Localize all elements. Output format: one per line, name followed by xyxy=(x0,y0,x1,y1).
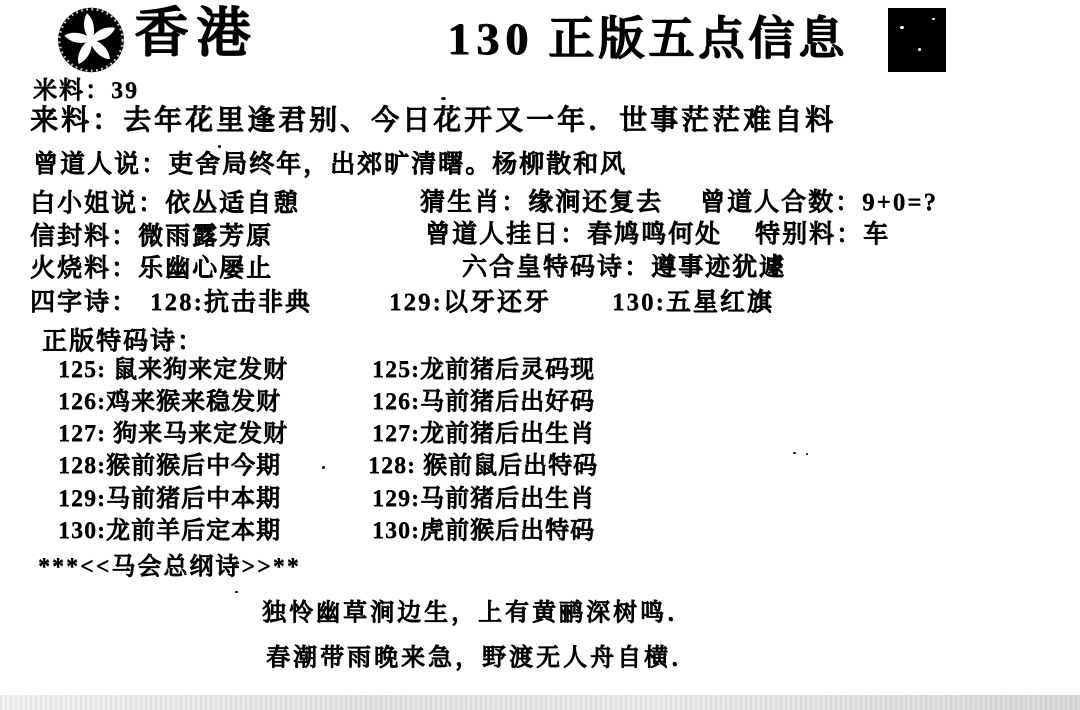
hk-bauhinia-logo xyxy=(54,5,128,75)
field-miliao-label: 米料： xyxy=(33,78,111,104)
field-zengdaoren-shuo-value: 吏舍局终年，出郊旷清曙。杨柳散和风 xyxy=(168,151,627,178)
temashi-row-128-right: 128: 猴前鼠后出特码 xyxy=(368,453,598,479)
field-liuhehuang: 六合皇特码诗：遵事迹犹遽 xyxy=(462,254,786,282)
scan-noise-dot xyxy=(806,453,808,455)
field-lailiao-label: 来料： xyxy=(30,105,123,136)
ink-speck xyxy=(900,26,904,29)
field-zengdaoren-shuo: 曾道人说：吏舍局终年，出郊旷清曙。杨柳散和风 xyxy=(33,151,627,179)
field-liuhehuang-label: 六合皇特码诗： xyxy=(462,254,651,281)
temashi-row-125-left: 125: 鼠来狗来定发财 xyxy=(58,357,288,383)
field-zengdaoren-heshu-label: 曾道人合数： xyxy=(700,189,862,216)
sizishi-item-128: 128:抗击非典 xyxy=(150,289,312,317)
field-zengdaoren-guari-value: 春鸠鸣何处 xyxy=(587,221,722,248)
temashi-row-130-left: 130:龙前羊后定本期 xyxy=(58,518,281,544)
field-xinfengliao: 信封料：微雨露芳原 xyxy=(30,223,273,251)
temashi-row-130-right: 130:虎前猴后出特码 xyxy=(372,518,595,544)
ink-speck xyxy=(918,48,921,51)
field-xinfengliao-value: 微雨露芳原 xyxy=(138,223,273,250)
field-cai-shengxiao-value: 缘涧还复去 xyxy=(528,189,663,216)
field-zengdaoren-shuo-label: 曾道人说： xyxy=(33,151,168,178)
region-title: 香港 xyxy=(134,4,258,63)
temashi-row-127-right: 127:龙前猪后出生肖 xyxy=(372,421,595,447)
field-lailiao-value: 去年花里逢君别、今日花开又一年．世事茫茫难自料 xyxy=(123,105,836,136)
field-lailiao: 来料：去年花里逢君别、今日花开又一年．世事茫茫难自料 xyxy=(30,106,836,137)
bauhinia-flower-icon xyxy=(54,5,128,75)
temashi-heading: 正版特码诗： xyxy=(42,328,204,356)
field-huoshaoliao-label: 火烧料： xyxy=(30,255,138,282)
field-liuhehuang-value: 遵事迹犹遽 xyxy=(651,254,786,281)
black-ink-block xyxy=(888,8,946,72)
issue-number: 130 xyxy=(447,13,534,64)
temashi-row-126-left: 126:鸡来猴来稳发财 xyxy=(58,389,281,415)
scanned-sheet: 香港 130正版五点信息 米料：39 来料：去年花里逢君别、今日花开又一年．世事… xyxy=(0,0,1080,710)
temashi-row-126-right: 126:马前猪后出好码 xyxy=(372,389,595,415)
scan-noise-dot xyxy=(441,97,446,100)
field-zengdaoren-guari: 曾道人挂日：春鸠鸣何处 xyxy=(425,221,722,249)
field-baixiaojie-shuo-value: 依丛适自憩 xyxy=(165,190,300,217)
field-zengdaoren-heshu: 曾道人合数：9+0=? xyxy=(700,189,938,217)
field-tebieliao: 特别料：车 xyxy=(755,221,890,249)
field-tebieliao-label: 特别料： xyxy=(755,221,863,248)
page-title: 130正版五点信息 xyxy=(447,14,848,65)
scan-noise-dot xyxy=(235,591,238,593)
field-huoshaoliao-value: 乐幽心屡止 xyxy=(138,255,273,282)
field-huoshaoliao: 火烧料：乐幽心屡止 xyxy=(30,255,273,283)
bottom-scan-artifact-band xyxy=(0,695,1080,710)
page-title-text: 正版五点信息 xyxy=(548,13,848,64)
ink-speck xyxy=(932,18,935,20)
scan-noise-dot xyxy=(322,466,325,469)
field-cai-shengxiao: 猜生肖：缘涧还复去 xyxy=(420,189,663,217)
zonggangshi-heading: ***<<马会总纲诗>>** xyxy=(38,554,301,580)
temashi-row-129-left: 129:马前猪后中本期 xyxy=(58,486,281,512)
field-miliao-value: 39 xyxy=(111,78,139,104)
field-baixiaojie-shuo: 白小姐说：依丛适自憩 xyxy=(30,190,300,218)
field-zengdaoren-heshu-value: 9+0=? xyxy=(862,189,938,216)
scan-noise-dot xyxy=(218,145,221,148)
sizishi-item-129: 129:以牙还牙 xyxy=(389,289,551,317)
temashi-row-128-left: 128:猴前猴后中今期 xyxy=(58,453,281,479)
field-zengdaoren-guari-label: 曾道人挂日： xyxy=(425,221,587,248)
field-tebieliao-value: 车 xyxy=(863,221,890,248)
poem-line-2: 春潮带雨晚来急，野渡无人舟自横． xyxy=(266,645,698,671)
temashi-row-125-right: 125:龙前猪后灵码现 xyxy=(372,357,595,383)
temashi-row-129-right: 129:马前猪后出生肖 xyxy=(372,486,595,512)
scan-noise-dot xyxy=(793,452,796,454)
sizishi-item-130: 130:五星红旗 xyxy=(612,289,774,317)
field-cai-shengxiao-label: 猜生肖： xyxy=(420,189,528,216)
sizishi-label: 四字诗： xyxy=(30,289,138,317)
field-miliao: 米料：39 xyxy=(33,78,139,104)
temashi-row-127-left: 127: 狗来马来定发财 xyxy=(58,421,288,447)
field-baixiaojie-shuo-label: 白小姐说： xyxy=(30,190,165,217)
field-xinfengliao-label: 信封料： xyxy=(30,223,138,250)
poem-line-1: 独怜幽草涧边生，上有黄鹂深树鸣． xyxy=(262,600,694,626)
